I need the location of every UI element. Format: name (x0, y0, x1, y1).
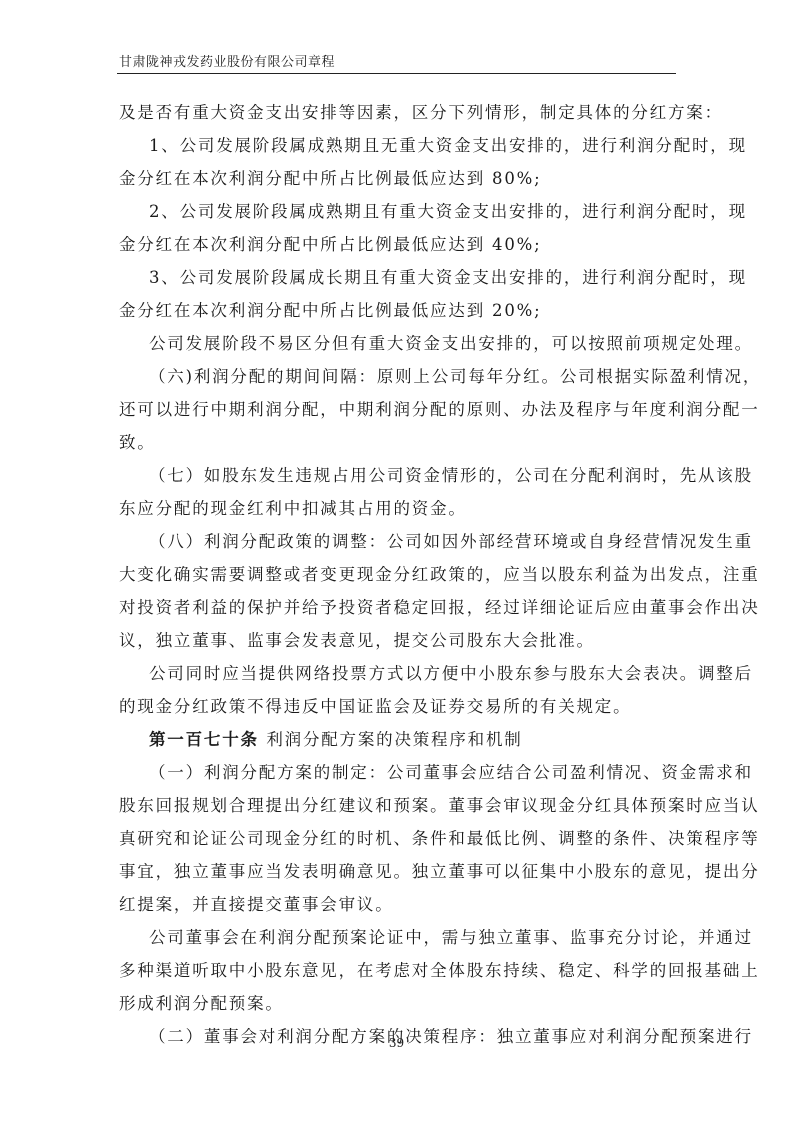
document-body: 及是否有重大资金支出安排等因素，区分下列情形，制定具体的分红方案：1、公司发展阶… (119, 96, 679, 1053)
text-line: 公司同时应当提供网络投票方式以方便中小股东参与股东大会表决。调整后 (119, 657, 679, 690)
text-line: 真研究和论证公司现金分红的时机、条件和最低比例、调整的条件、决策程序等 (119, 822, 679, 855)
text-line: 大变化确实需要调整或者变更现金分红政策的，应当以股东利益为出发点，注重 (119, 558, 679, 591)
text-line: 的现金分红政策不得违反中国证监会及证券交易所的有关规定。 (119, 690, 679, 723)
text-line: 公司董事会在利润分配预案论证中，需与独立董事、监事充分讨论，并通过 (119, 921, 679, 954)
text-line: 1、公司发展阶段属成熟期且无重大资金支出安排的，进行利润分配时，现 (119, 129, 679, 162)
document-title: 甘肃陇神戎发药业股份有限公司章程 (119, 51, 335, 70)
text-line: 议，独立董事、监事会发表意见，提交公司股东大会批准。 (119, 624, 679, 657)
article-number: 第一百七十条 (149, 730, 266, 749)
article-title: 利润分配方案的决策程序和机制 (266, 730, 522, 749)
text-line: 形成利润分配预案。 (119, 987, 679, 1020)
article-heading: 第一百七十条 利润分配方案的决策程序和机制 (119, 723, 679, 756)
text-line: 金分红在本次利润分配中所占比例最低应达到 20%; (119, 294, 679, 327)
text-line: 东应分配的现金红利中扣减其占用的资金。 (119, 492, 679, 525)
text-line: 金分红在本次利润分配中所占比例最低应达到 80%; (119, 162, 679, 195)
page-header: 甘肃陇神戎发药业股份有限公司章程 (117, 50, 676, 74)
text-line: 股东回报规划合理提出分红建议和预案。董事会审议现金分红具体预案时应当认 (119, 789, 679, 822)
text-line: 公司发展阶段不易区分但有重大资金支出安排的，可以按照前项规定处理。 (119, 327, 679, 360)
text-line: 及是否有重大资金支出安排等因素，区分下列情形，制定具体的分红方案： (119, 96, 679, 129)
text-line: （七）如股东发生违规占用公司资金情形的，公司在分配利润时，先从该股 (119, 459, 679, 492)
text-line: 还可以进行中期利润分配，中期利润分配的原则、办法及程序与年度利润分配一 (119, 393, 679, 426)
text-line: （六)利润分配的期间间隔：原则上公司每年分红。公司根据实际盈利情况， (119, 360, 679, 393)
text-line: （八）利润分配政策的调整：公司如因外部经营环境或自身经营情况发生重 (119, 525, 679, 558)
text-line: 致。 (119, 426, 679, 459)
text-line: 2、公司发展阶段属成熟期且有重大资金支出安排的，进行利润分配时，现 (119, 195, 679, 228)
page-number: 39 (0, 1036, 793, 1050)
text-line: 3、公司发展阶段属成长期且有重大资金支出安排的，进行利润分配时，现 (119, 261, 679, 294)
text-line: （一）利润分配方案的制定：公司董事会应结合公司盈利情况、资金需求和 (119, 756, 679, 789)
text-line: 红提案，并直接提交董事会审议。 (119, 888, 679, 921)
text-line: 金分红在本次利润分配中所占比例最低应达到 40%; (119, 228, 679, 261)
text-line: 多种渠道听取中小股东意见，在考虑对全体股东持续、稳定、科学的回报基础上 (119, 954, 679, 987)
text-line: 对投资者利益的保护并给予投资者稳定回报，经过详细论证后应由董事会作出决 (119, 591, 679, 624)
text-line: 事宜，独立董事应当发表明确意见。独立董事可以征集中小股东的意见，提出分 (119, 855, 679, 888)
